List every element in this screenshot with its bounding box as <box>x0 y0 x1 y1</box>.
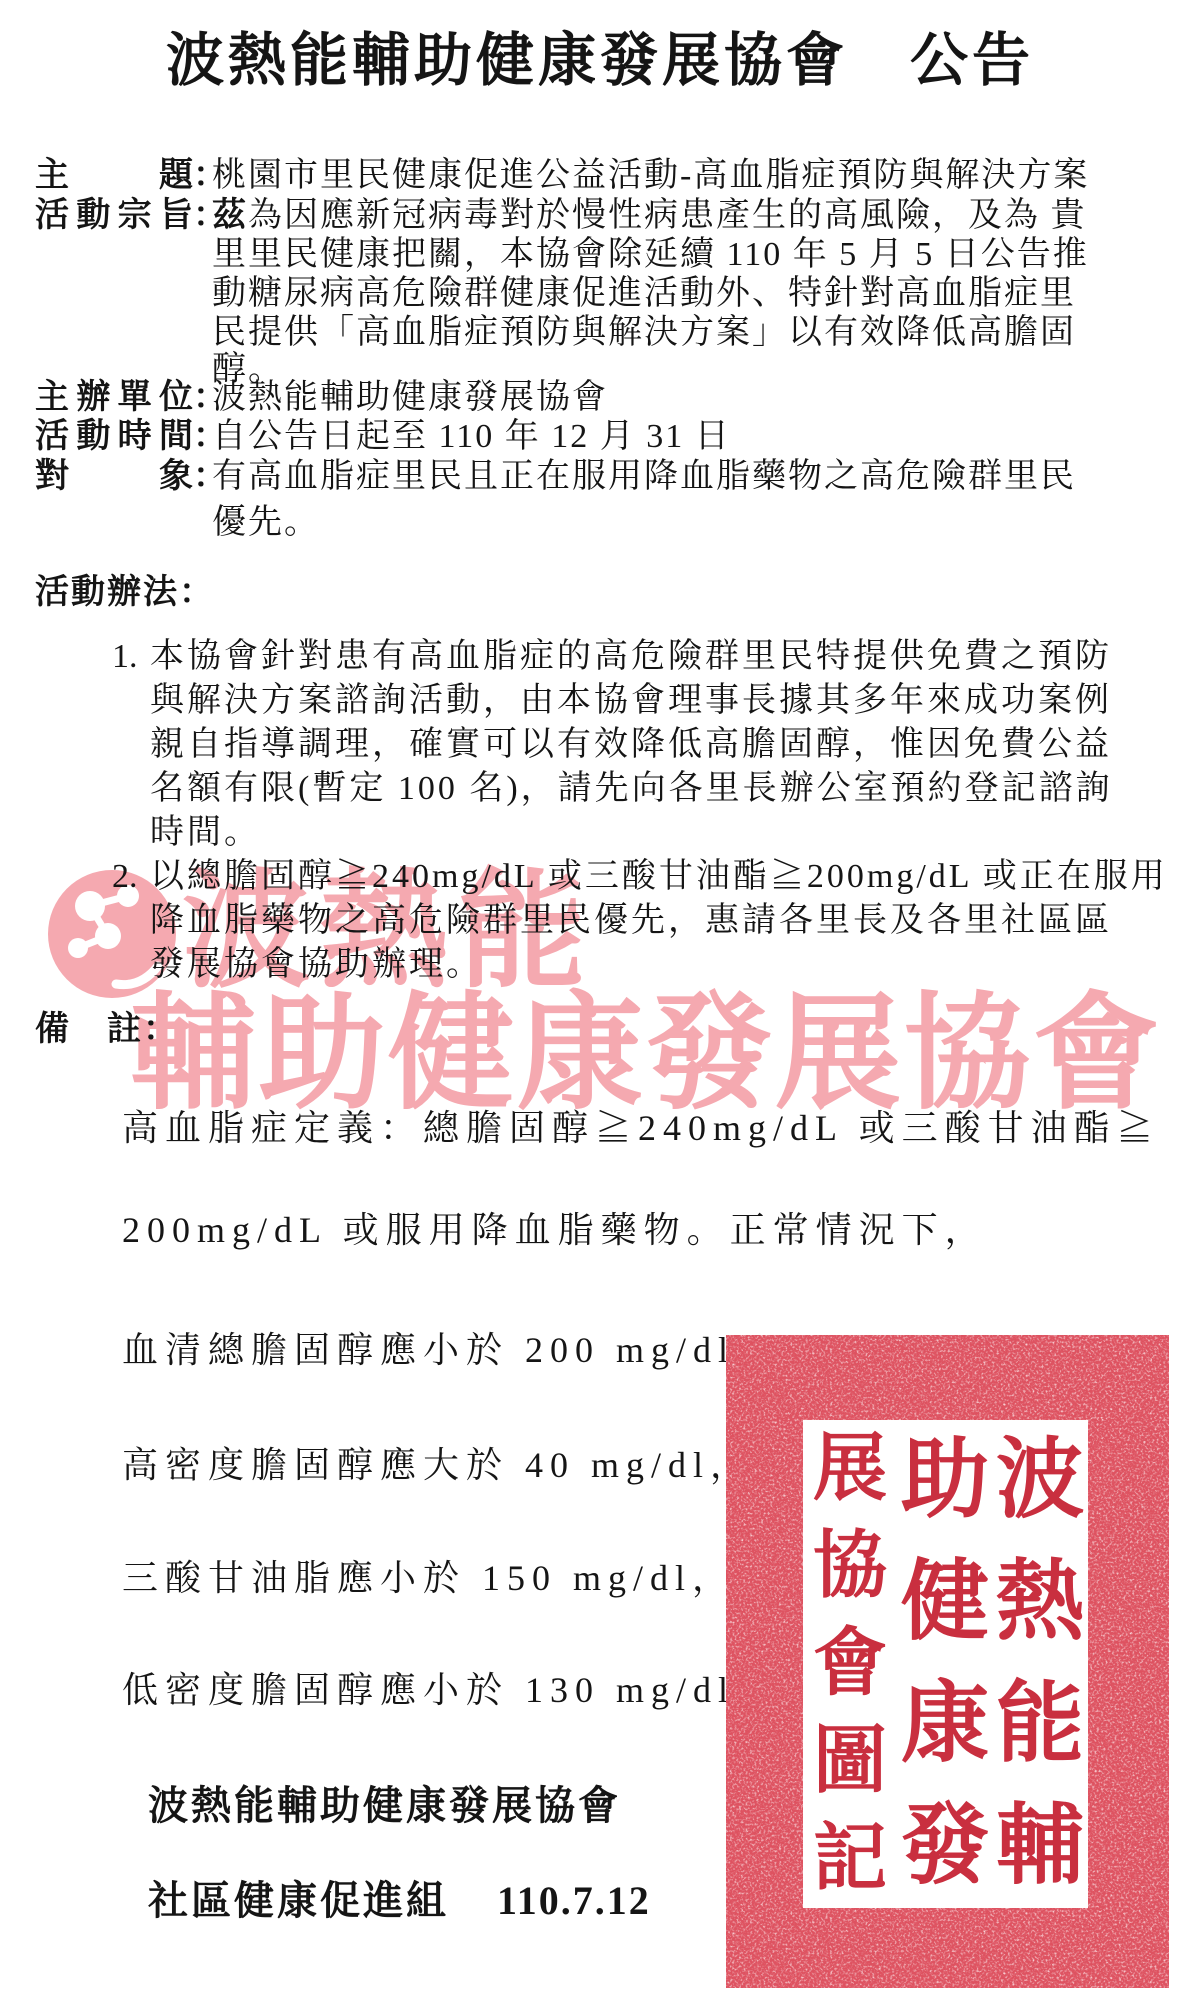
field-value: 民提供「高血脂症預防與解決方案」以有效降低高膽固 <box>212 313 1076 352</box>
seal-character: 發 <box>901 1799 989 1896</box>
seal-character: 會 <box>813 1623 887 1705</box>
method-item-line: 2.以總膽固醇≧240mg/dL 或三酸甘油酯≧200mg/dL 或正在服用 <box>112 857 1168 896</box>
field-value: 優先。 <box>212 503 320 542</box>
method-item-line: 降血脂藥物之高危險群里民優先，惠請各里長及各里社區區 <box>112 901 1112 940</box>
seal-character: 展 <box>813 1428 887 1510</box>
method-item-line: 時間。 <box>112 813 261 852</box>
seal-character: 康 <box>901 1677 989 1774</box>
note-line: 200mg/dL 或服用降血脂藥物。正常情況下， <box>122 1210 988 1251</box>
method-item-number: 2. <box>112 857 150 896</box>
field-value: 波熱能輔助健康發展協會 <box>212 378 608 417</box>
association-seal-stamp: 展協會圖記助健康發波熱能輔 <box>726 1335 1169 1988</box>
seal-character: 熱 <box>996 1555 1085 1652</box>
note-line: 高密度膽固醇應大於 40 mg/dl， <box>122 1445 753 1486</box>
seal-character: 助 <box>901 1433 989 1530</box>
field-line: 主題：桃園市里民健康促進公益活動-高血脂症預防與解決方案 <box>35 156 1089 195</box>
note-line: 高血脂症定義：總膽固醇≧240mg/dL 或三酸甘油酯≧ <box>122 1108 1160 1149</box>
note-line: 三酸甘油脂應小於 150 mg/dl， <box>122 1558 735 1599</box>
field-label: 主題 <box>35 156 193 195</box>
method-item-line: 與解決方案諮詢活動，由本協會理事長據其多年來成功案例 <box>112 681 1112 720</box>
footer-date: 110.7.12 <box>497 1878 651 1923</box>
field-label: 主辦單位 <box>35 378 193 417</box>
field-line: 里里民健康把關，本協會除延續 110 年 5 月 5 日公告推 <box>35 235 1089 274</box>
method-item-line: 1.本協會針對患有高血脂症的高危險群里民特提供免費之預防 <box>112 637 1112 676</box>
seal-character: 能 <box>996 1677 1084 1774</box>
method-item-number: 1. <box>112 637 150 676</box>
field-line: 優先。 <box>35 503 320 542</box>
field-label: 對象 <box>35 457 193 496</box>
seal-character: 圖 <box>813 1721 887 1803</box>
footer-signature-line: 社區健康促進組110.7.12 <box>148 1878 651 1924</box>
field-line: 動糖尿病高危險群健康促進活動外、特針對高血脂症里 <box>35 274 1076 313</box>
field-line: 主辦單位：波熱能輔助健康發展協會 <box>35 378 608 417</box>
field-line: 活動時間：自公告日起至 110 年 12 月 31 日 <box>35 417 731 456</box>
field-line: 對象：有高血脂症里民且正在服用降血脂藥物之高危險群里民 <box>35 457 1076 496</box>
field-value: 桃園市里民健康促進公益活動-高血脂症預防與解決方案 <box>212 156 1089 195</box>
field-value: 自公告日起至 110 年 12 月 31 日 <box>212 417 731 456</box>
footer-organization: 波熱能輔助健康發展協會 <box>148 1783 621 1829</box>
field-colon: ： <box>193 457 212 496</box>
note-line: 血清總膽固醇應小於 200 mg/dl， <box>122 1330 778 1371</box>
field-value: 里里民健康把關，本協會除延續 110 年 5 月 5 日公告推 <box>212 235 1089 274</box>
field-colon: ： <box>193 378 212 417</box>
field-colon: ： <box>193 196 212 235</box>
seal-character: 協 <box>813 1525 887 1607</box>
field-colon: ： <box>193 417 212 456</box>
footer-group: 社區健康促進組 <box>148 1878 449 1923</box>
field-label: 活動時間 <box>35 417 193 456</box>
page-title: 波熱能輔助健康發展協會 公告 <box>0 28 1200 95</box>
method-item-line: 名額有限(暫定 100 名)，請先向各里長辦公室預約登記諮詢 <box>112 769 1113 808</box>
field-colon: ： <box>193 156 212 195</box>
seal-character: 波 <box>996 1433 1084 1530</box>
method-item-line: 親自指導調理，確實可以有效降低高膽固醇，惟因免費公益 <box>112 725 1112 764</box>
field-label: 活動宗旨 <box>35 196 193 235</box>
field-line: 民提供「高血脂症預防與解決方案」以有效降低高膽固 <box>35 313 1076 352</box>
method-item-line: 發展協會協助辦理。 <box>112 945 483 984</box>
seal-character: 記 <box>813 1818 887 1900</box>
field-value: 有高血脂症里民且正在服用降血脂藥物之高危險群里民 <box>212 457 1076 496</box>
field-value: 動糖尿病高危險群健康促進活動外、特針對高血脂症里 <box>212 274 1076 313</box>
seal-character: 輔 <box>996 1799 1084 1896</box>
field-value: 茲為因應新冠病毒對於慢性病患產生的高風險，及為 貴 <box>212 196 1087 235</box>
seal-character: 健 <box>901 1555 989 1652</box>
note-section-heading: 備 註： <box>35 1010 179 1049</box>
method-section-heading: 活動辦法： <box>35 573 215 612</box>
note-line: 低密度膽固醇應小於 130 mg/dl； <box>122 1670 778 1711</box>
announcement-document: 波熱能 輔助健康發展協會 波熱能輔助健康發展協會 公告 主題：桃園市里民健康促進… <box>0 0 1200 2001</box>
field-line: 活動宗旨：茲為因應新冠病毒對於慢性病患產生的高風險，及為 貴 <box>35 196 1087 235</box>
